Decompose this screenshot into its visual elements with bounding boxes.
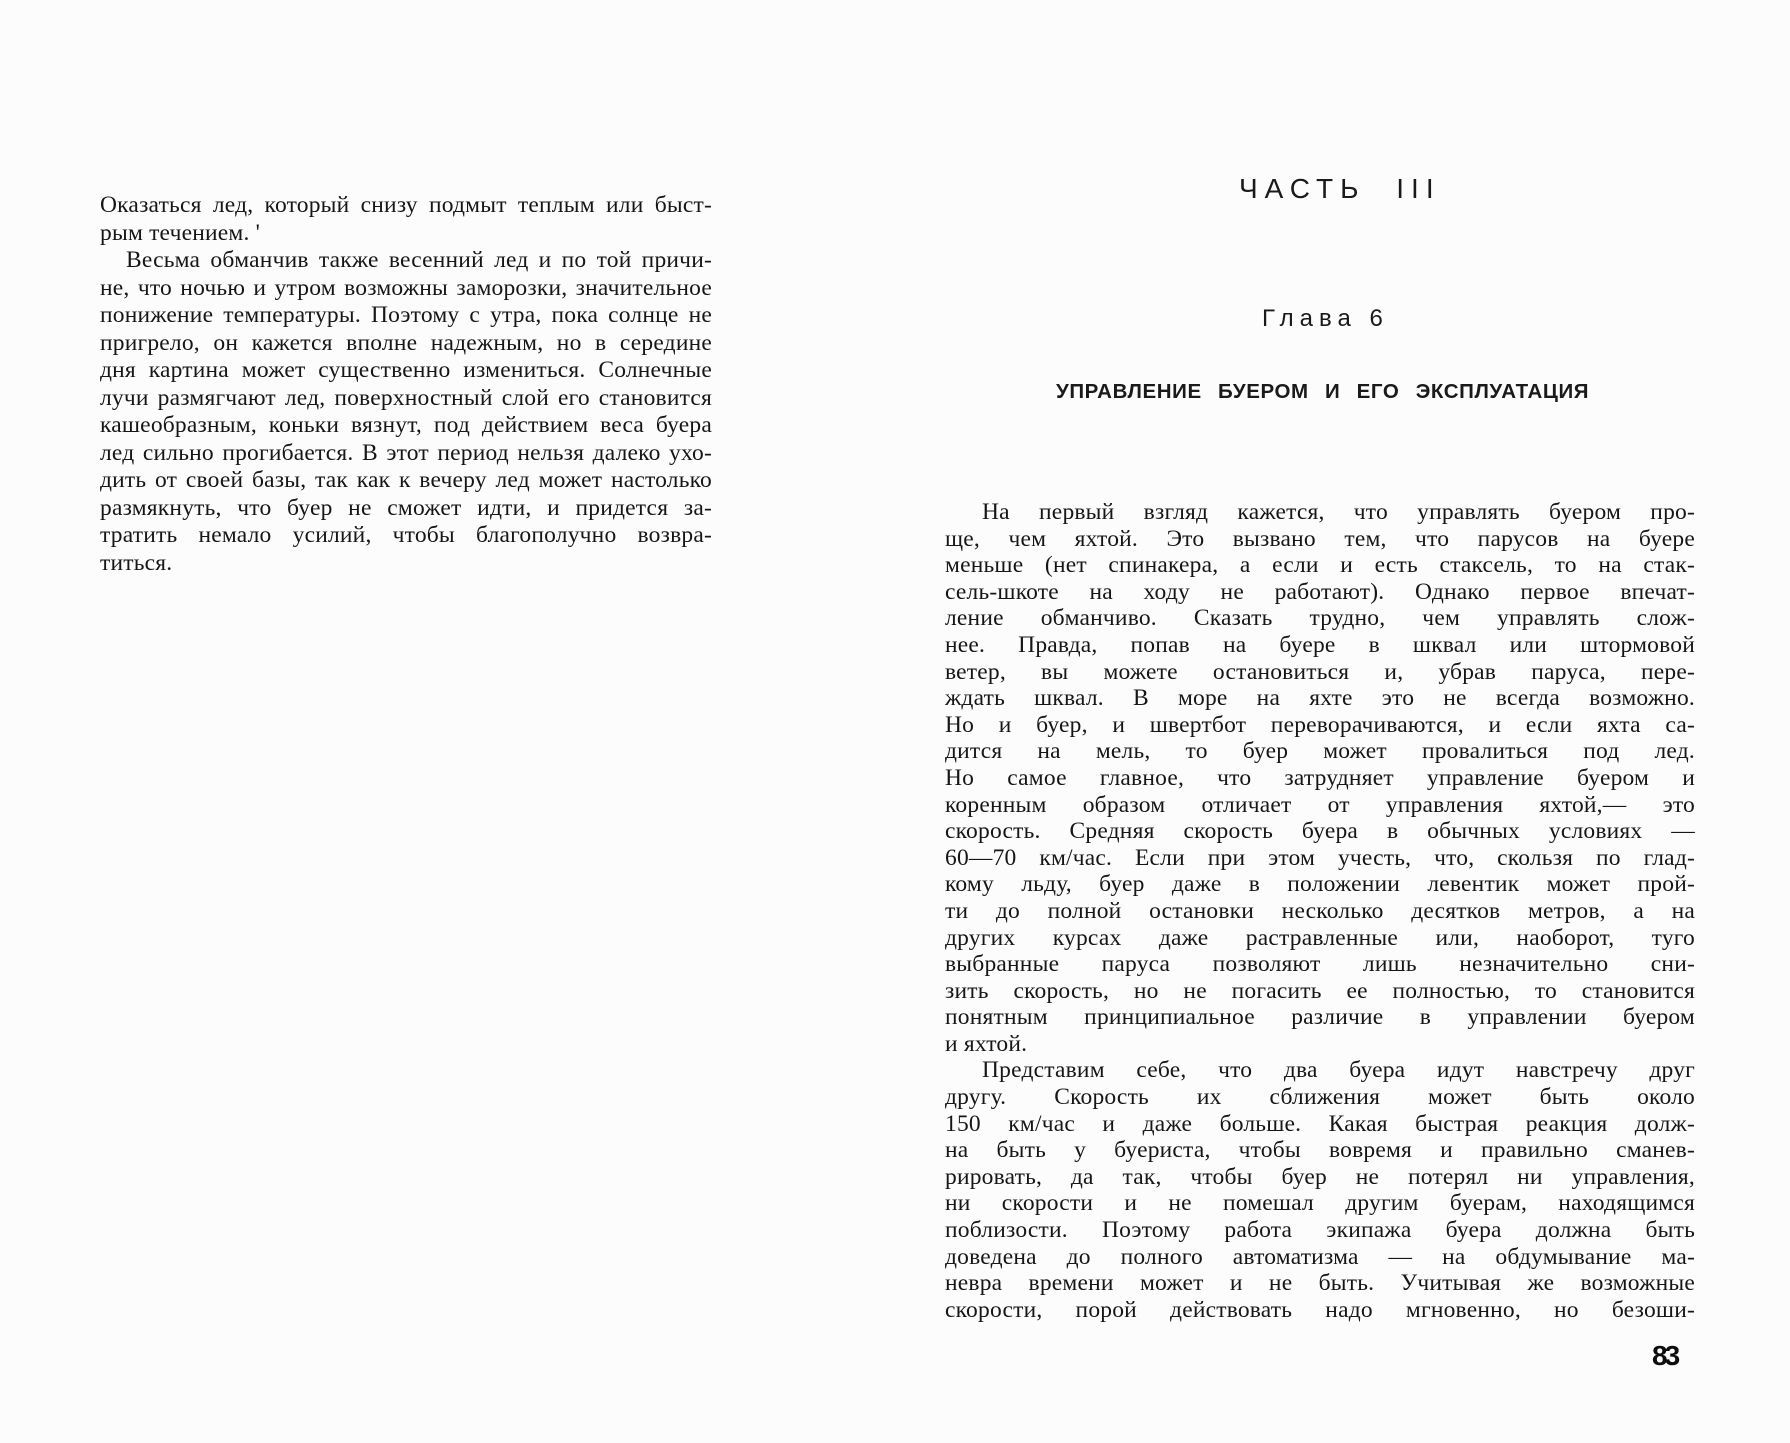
right-page-text: На первый взгляд кажется, что управлять …	[945, 499, 1695, 1323]
text-line: дить от своей базы, так как к вечеру лед…	[100, 467, 712, 495]
part-heading: ЧАСТЬ III	[1239, 173, 1441, 205]
text-line: лед сильно прогибается. В этот период не…	[100, 440, 712, 468]
text-line: сель-шкоте на ходу не работают). Однако …	[945, 579, 1695, 606]
text-line: выбранные паруса позволяют лишь незначит…	[945, 951, 1695, 978]
text-line: кому льду, буер даже в положении левенти…	[945, 871, 1695, 898]
chapter-heading: Глава 6	[1262, 305, 1389, 333]
text-line: невра времени может и не быть. Учитывая …	[945, 1270, 1695, 1297]
text-line: доведена до полного автоматизма — на обд…	[945, 1244, 1695, 1271]
text-line: понижение температуры. Поэтому с утра, п…	[100, 302, 712, 330]
text-line: скорости, порой действовать надо мгновен…	[945, 1297, 1695, 1324]
text-line: ще, чем яхтой. Это вызвано тем, что пару…	[945, 526, 1695, 553]
text-line: других курсах даже растравленные или, на…	[945, 925, 1695, 952]
text-line: ни скорости и не помешал другим буерам, …	[945, 1190, 1695, 1217]
text-line: Оказаться лед, который снизу подмыт тепл…	[100, 192, 712, 220]
text-line: ление обманчиво. Сказать трудно, чем упр…	[945, 605, 1695, 632]
text-line: нее. Правда, попав на буере в шквал или …	[945, 632, 1695, 659]
text-line: ветер, вы можете остановиться и, убрав п…	[945, 659, 1695, 686]
text-line: Весьма обманчив также весенний лед и по …	[100, 247, 712, 275]
text-line: рировать, да так, чтобы буер не потерял …	[945, 1164, 1695, 1191]
book-spread: Оказаться лед, который снизу подмыт тепл…	[0, 0, 1790, 1443]
text-line: Но самое главное, что затрудняет управле…	[945, 765, 1695, 792]
text-line: дня картина может существенно измениться…	[100, 357, 712, 385]
left-page-text: Оказаться лед, который снизу подмыт тепл…	[100, 192, 712, 577]
text-line: тратить немало усилий, чтобы благополучн…	[100, 522, 712, 550]
text-line: поблизости. Поэтому работа экипажа буера…	[945, 1217, 1695, 1244]
text-line: Представим себе, что два буера идут навс…	[945, 1057, 1695, 1084]
text-line: размякнуть, что буер не сможет идти, и п…	[100, 495, 712, 523]
text-line: пригрело, он кажется вполне надежным, но…	[100, 330, 712, 358]
text-line: меньше (нет спинакера, а если и есть ста…	[945, 552, 1695, 579]
text-line: не, что ночью и утром возможны заморозки…	[100, 275, 712, 303]
text-line: на быть у буериста, чтобы вовремя и прав…	[945, 1137, 1695, 1164]
text-line: скорость. Средняя скорость буера в обычн…	[945, 818, 1695, 845]
text-line: ждать шквал. В море на яхте это не всегд…	[945, 685, 1695, 712]
text-line: 150 км/час и даже больше. Какая быстрая …	[945, 1111, 1695, 1138]
page-number: 83	[1652, 1340, 1677, 1372]
text-line: зить скорость, но не погасить ее полност…	[945, 978, 1695, 1005]
text-line: 60—70 км/час. Если при этом учесть, что,…	[945, 845, 1695, 872]
chapter-title: УПРАВЛЕНИЕ БУЕРОМ И ЕГО ЭКСПЛУАТАЦИЯ	[1056, 380, 1589, 404]
text-line: и яхтой.	[945, 1031, 1695, 1058]
text-line: рым течением. '	[100, 220, 712, 248]
text-line: титься.	[100, 550, 712, 578]
text-line: лучи размягчают лед, поверхностный слой …	[100, 385, 712, 413]
text-line: Но и буер, и швертбот переворачиваются, …	[945, 712, 1695, 739]
text-line: понятным принципиальное различие в управ…	[945, 1004, 1695, 1031]
text-line: коренным образом отличает от управления …	[945, 792, 1695, 819]
text-line: дится на мель, то буер может провалиться…	[945, 738, 1695, 765]
text-line: кашеобразным, коньки вязнут, под действи…	[100, 412, 712, 440]
text-line: На первый взгляд кажется, что управлять …	[945, 499, 1695, 526]
text-line: другу. Скорость их сближения может быть …	[945, 1084, 1695, 1111]
text-line: ти до полной остановки несколько десятко…	[945, 898, 1695, 925]
